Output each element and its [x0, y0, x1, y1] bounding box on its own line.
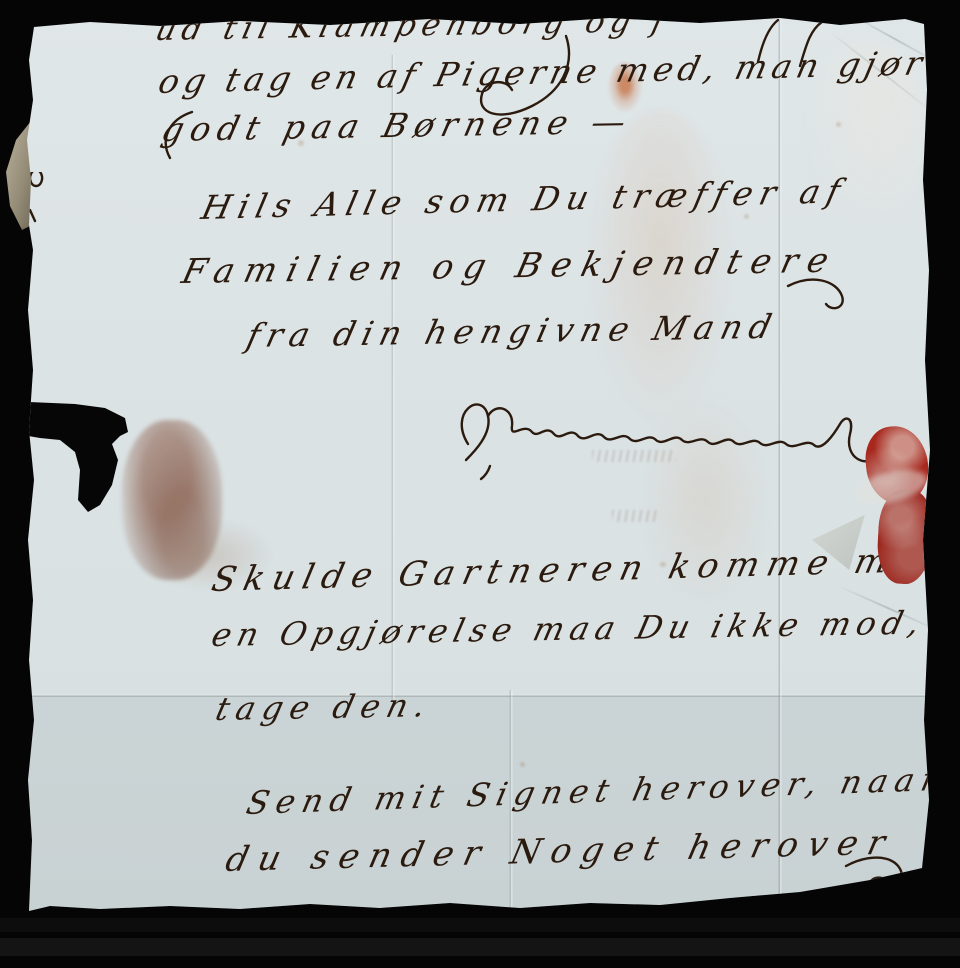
line-end-flourish — [782, 266, 852, 318]
handwriting-line-11: du sender Noget herover — [222, 823, 899, 880]
scanner-bed-stripe — [0, 938, 960, 956]
pen-flourish-descender — [448, 30, 578, 150]
scanner-bed-shadow — [0, 918, 960, 932]
foxing-dot — [836, 122, 841, 127]
handwriting-line-10: Send mit Signet herover, naar — [243, 760, 948, 822]
handwriting-line-8: en Opgjørelse maa Du ikke mod, — [208, 604, 929, 654]
wax-seal-remnant — [858, 424, 930, 586]
scanned-letter-page: ud til Klampenborg og f og tag en af Pig… — [0, 0, 960, 968]
horizontal-fold-crease — [28, 694, 928, 697]
foxing-dot — [520, 762, 525, 767]
signature-flourish — [430, 382, 890, 482]
brown-speckle-stain — [122, 420, 222, 580]
handwriting-line-5: Familien og Bekjendtere — [178, 241, 842, 292]
line-tail-swoosh — [840, 838, 920, 914]
vertical-fold-crease-left — [391, 55, 395, 700]
foxing-dot — [744, 214, 749, 219]
ink-showthrough-mark — [612, 510, 658, 522]
ink-stroke-fragments — [748, 16, 840, 72]
handwriting-line-1: ud til Klampenborg og f — [152, 3, 674, 48]
handwriting-line-9: tage den. — [212, 686, 436, 728]
handwriting-line-4: Hils Alle som Du træffer af — [198, 171, 851, 227]
handwriting-line-6: fra din hengivne Mand — [243, 307, 782, 355]
torn-hole — [28, 400, 135, 518]
ascender-flourish — [148, 106, 198, 166]
letter-paper: ud til Klampenborg og f og tag en af Pig… — [0, 0, 960, 968]
